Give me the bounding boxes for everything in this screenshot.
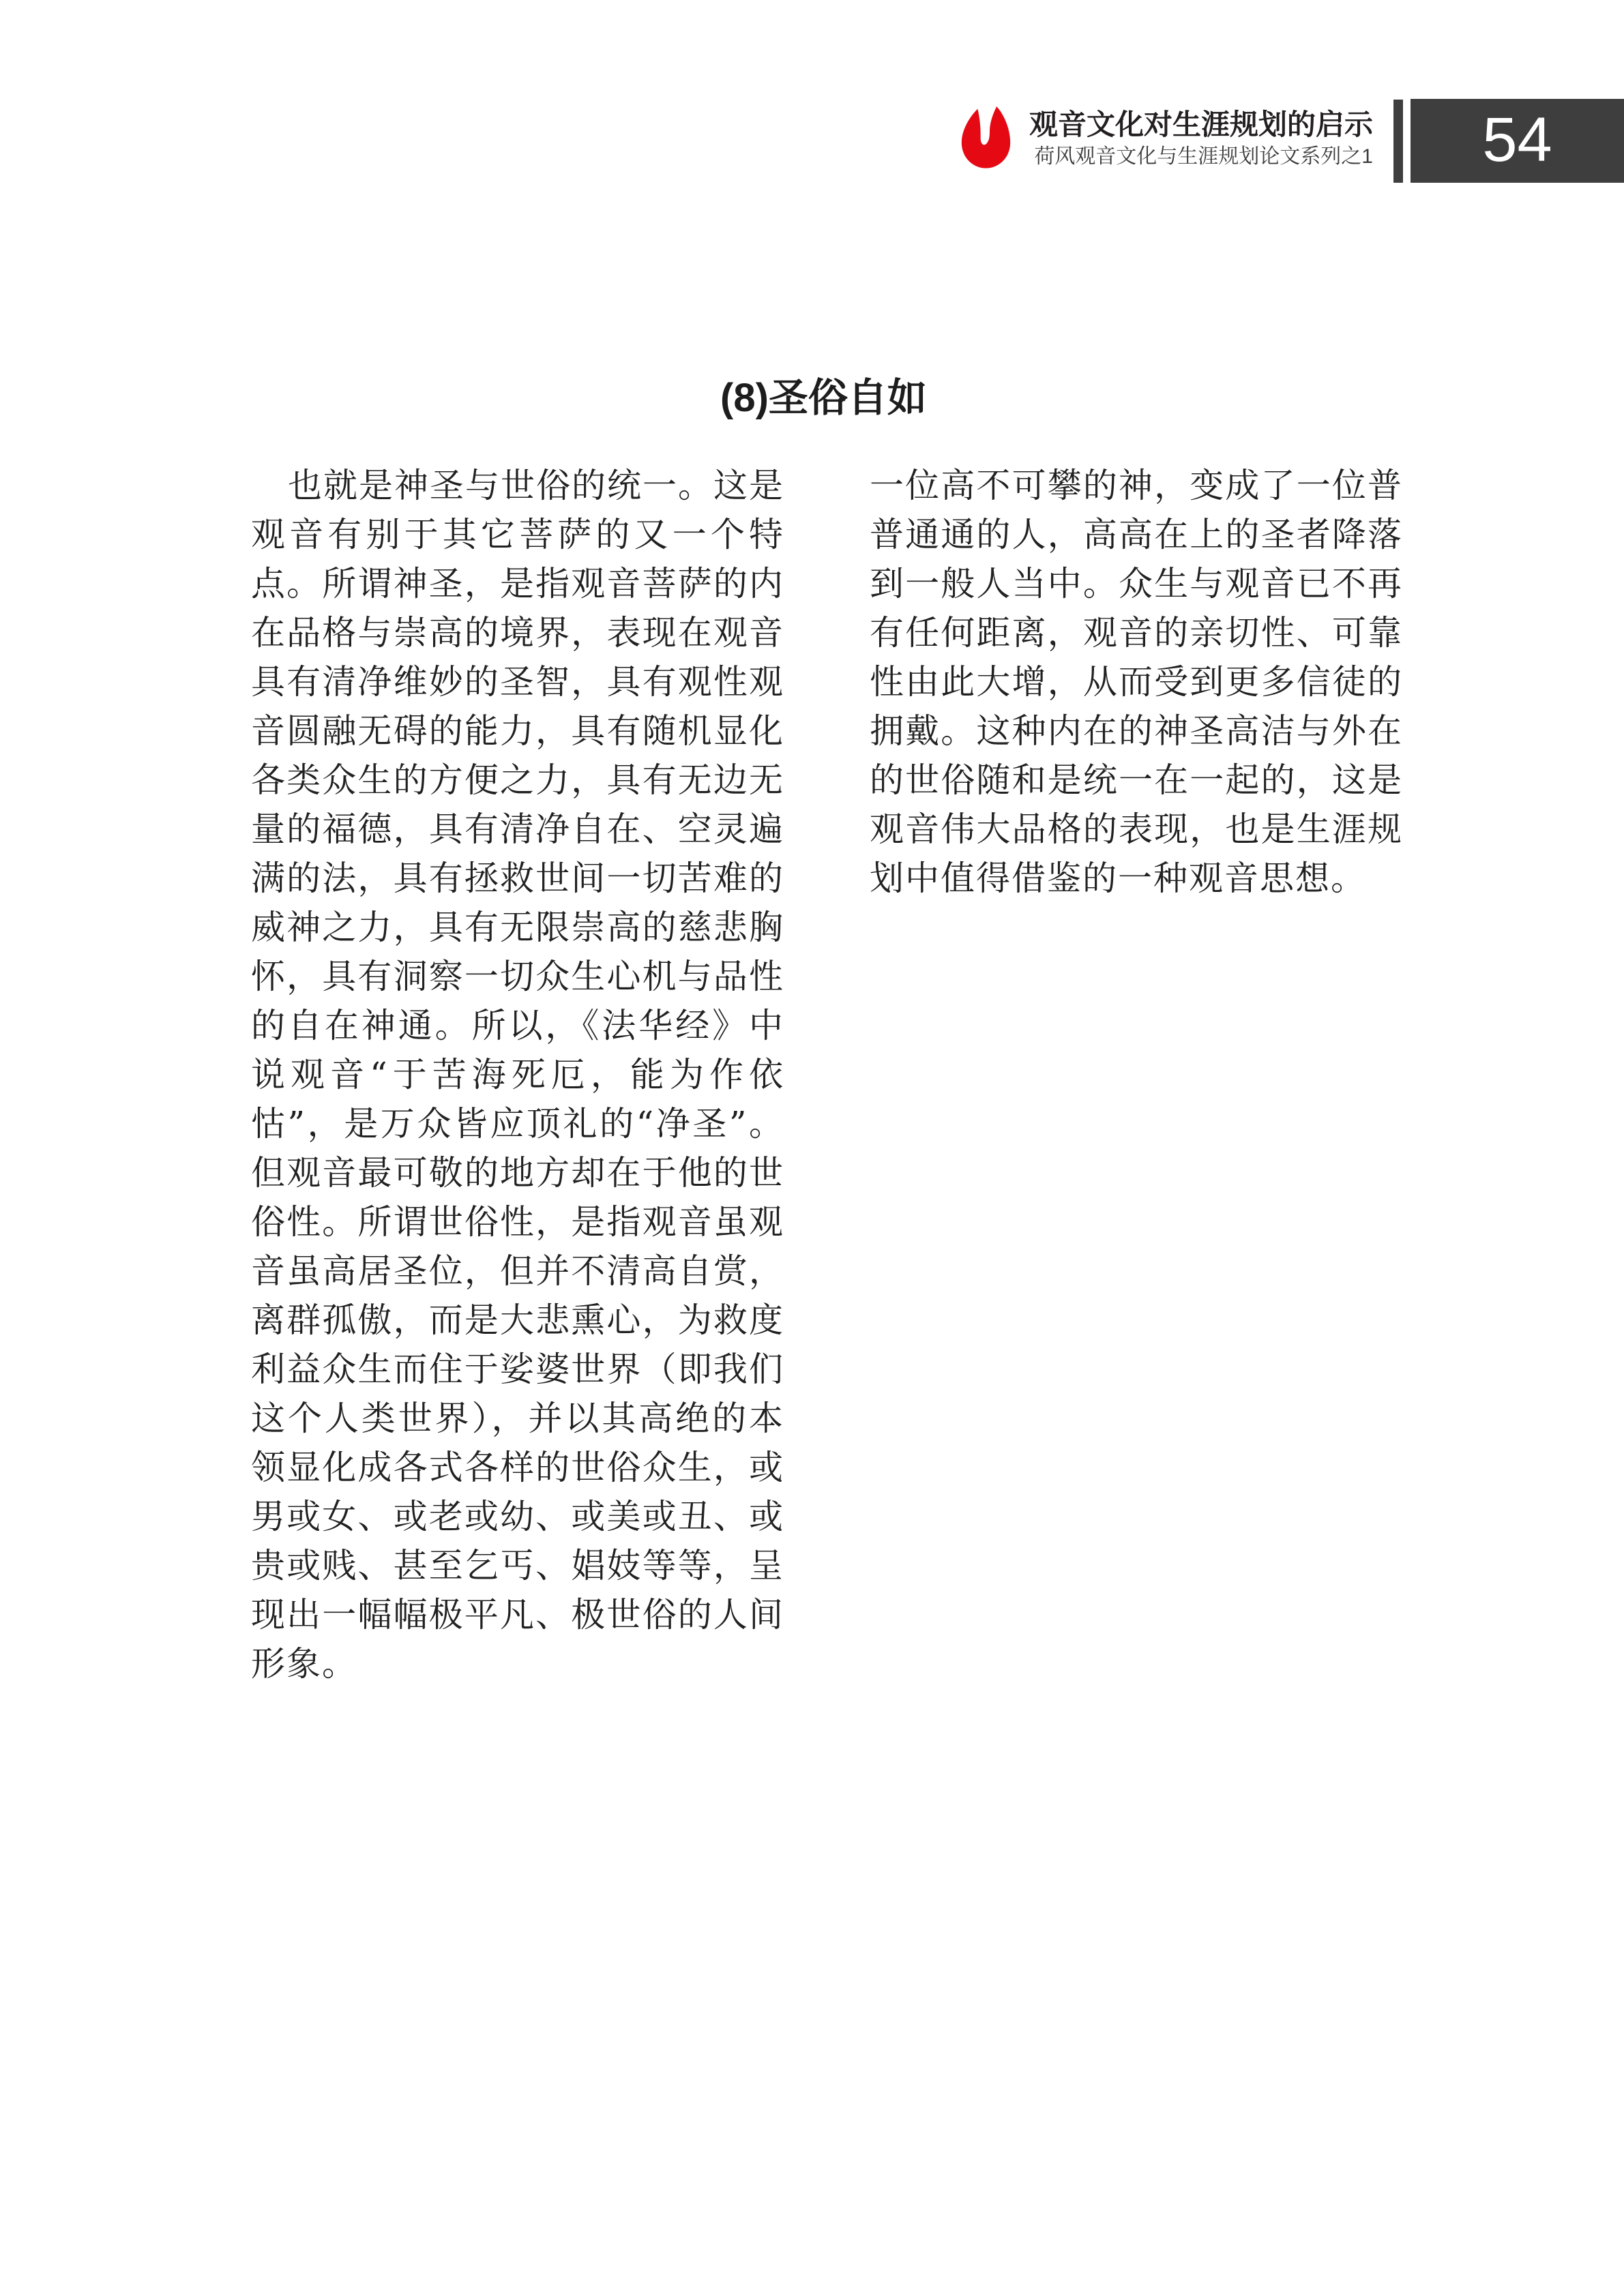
section-heading: (8)圣俗自如	[251, 374, 1396, 422]
page-subtitle: 荷风观音文化与生涯规划论文系列之1	[691, 144, 1373, 170]
page-title: 观音文化对生涯规划的启示	[691, 108, 1373, 141]
body-paragraph-left: 也就是神圣与世俗的统一。这是观音有别于其它菩萨的又一个特点。所谓神圣，是指观音菩…	[251, 461, 784, 1688]
body-columns: 也就是神圣与世俗的统一。这是观音有别于其它菩萨的又一个特点。所谓神圣，是指观音菩…	[251, 461, 1403, 1688]
divider-bar	[1393, 100, 1403, 183]
body-column-left: 也就是神圣与世俗的统一。这是观音有别于其它菩萨的又一个特点。所谓神圣，是指观音菩…	[251, 461, 784, 1688]
page-number-badge: 54	[1411, 99, 1624, 183]
body-column-right: 一位高不可攀的神，变成了一位普普通通的人，高高在上的圣者降落到一般人当中。众生与…	[870, 461, 1403, 1688]
body-paragraph-right: 一位高不可攀的神，变成了一位普普通通的人，高高在上的圣者降落到一般人当中。众生与…	[870, 461, 1403, 903]
